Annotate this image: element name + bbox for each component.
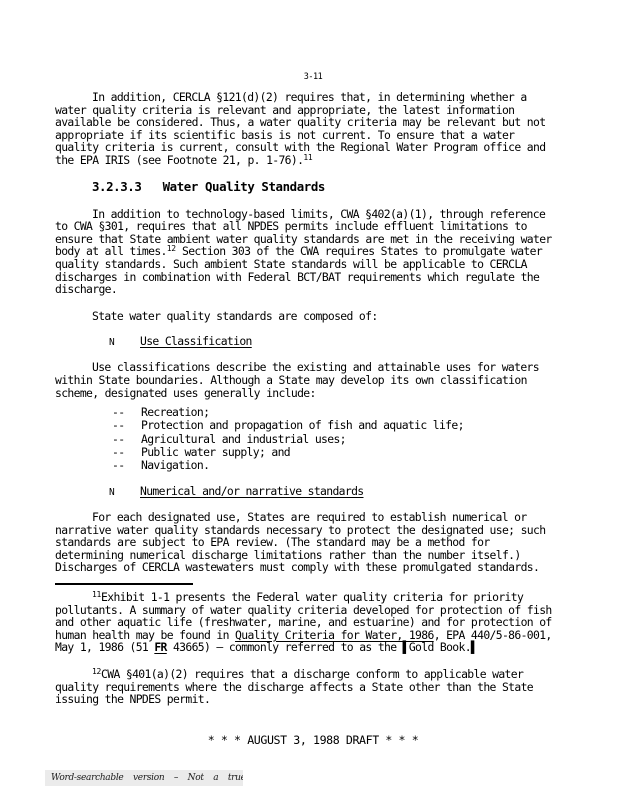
footnote-ref-12: 12	[167, 244, 176, 253]
federal-register-abbrev: FR	[154, 640, 166, 654]
footnote-number-11: 11	[92, 590, 101, 599]
footnote-number-12: 12	[92, 667, 101, 676]
footnote-text: 43665) – commonly referred to as the ▌Go…	[167, 640, 477, 654]
bullet-label: Use Classification	[140, 334, 252, 348]
paragraph-use-classifications: Use classifications describe the existin…	[55, 361, 571, 399]
bullet-icon: N	[109, 486, 140, 499]
list-item-text: Agricultural and industrial uses;	[141, 432, 346, 446]
dash-bullet-icon: --	[112, 459, 141, 472]
footnote-11: 11Exhibit 1-1 presents the Federal water…	[55, 591, 571, 654]
footnote-separator	[55, 583, 193, 585]
dash-bullet-icon: --	[112, 433, 141, 446]
list-item-text: Public water supply; and	[141, 445, 290, 459]
footnote-12: 12CWA §401(a)(2) requires that a dischar…	[55, 668, 571, 706]
bullet-item-use-classification: NUse Classification	[55, 335, 571, 349]
bullet-item-numerical-standards: NNumerical and/or narrative standards	[55, 485, 571, 499]
list-item: --Navigation.	[55, 459, 571, 472]
footnote-text: CWA §401(a)(2) requires that a discharge…	[55, 667, 533, 706]
paragraph-intro-cercla: In addition, CERCLA §121(d)(2) requires …	[55, 91, 571, 167]
document-page: 3-11 In addition, CERCLA §121(d)(2) requ…	[0, 0, 618, 800]
paragraph-standards-composed: State water quality standards are compos…	[55, 310, 571, 323]
dash-bullet-icon: --	[112, 419, 141, 432]
list-item-text: Recreation;	[141, 405, 209, 419]
draft-date-line: * * * AUGUST 3, 1988 DRAFT * * *	[55, 733, 571, 747]
section-heading: 3.2.3.3 Water Quality Standards	[55, 180, 571, 194]
list-item-text: Protection and propagation of fish and a…	[141, 418, 464, 432]
footnote-ref-11: 11	[303, 153, 312, 162]
page-number: 3-11	[55, 72, 571, 82]
paragraph-text: In addition, CERCLA §121(d)(2) requires …	[55, 90, 545, 167]
bullet-icon: N	[109, 336, 140, 349]
paragraph-designated-use: For each designated use, States are requ…	[55, 511, 571, 574]
bullet-label: Numerical and/or narrative standards	[140, 484, 363, 498]
list-item-text: Navigation.	[141, 458, 209, 472]
list-item: --Public water supply; and	[55, 446, 571, 459]
dash-bullet-icon: --	[112, 446, 141, 459]
list-item: --Agricultural and industrial uses;	[55, 433, 571, 446]
paragraph-npdes: In addition to technology-based limits, …	[55, 208, 571, 296]
page-content: 3-11 In addition, CERCLA §121(d)(2) requ…	[55, 0, 571, 747]
designated-uses-list: --Recreation; --Protection and propagati…	[55, 406, 571, 472]
word-searchable-watermark: Word-searchable version – Not a true cop…	[45, 770, 243, 786]
